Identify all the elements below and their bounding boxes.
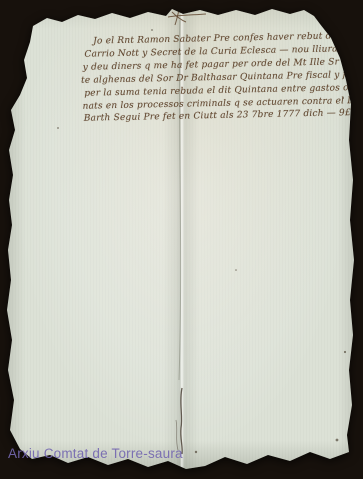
manuscript-paper: Jo el Rnt Ramon Sabater Pre confes haver… [0, 0, 363, 479]
fold-tear-mark [181, 388, 182, 454]
archive-watermark: Arxiu Comtat de Torre-saura [8, 446, 183, 461]
handwriting-block: Jo el Rnt Ramon Sabater Pre confes haver… [79, 30, 349, 126]
paper-sheet: Jo el Rnt Ramon Sabater Pre confes haver… [0, 0, 363, 479]
cross-mark [168, 7, 206, 25]
photo-background: Jo el Rnt Ramon Sabater Pre confes haver… [0, 0, 363, 479]
